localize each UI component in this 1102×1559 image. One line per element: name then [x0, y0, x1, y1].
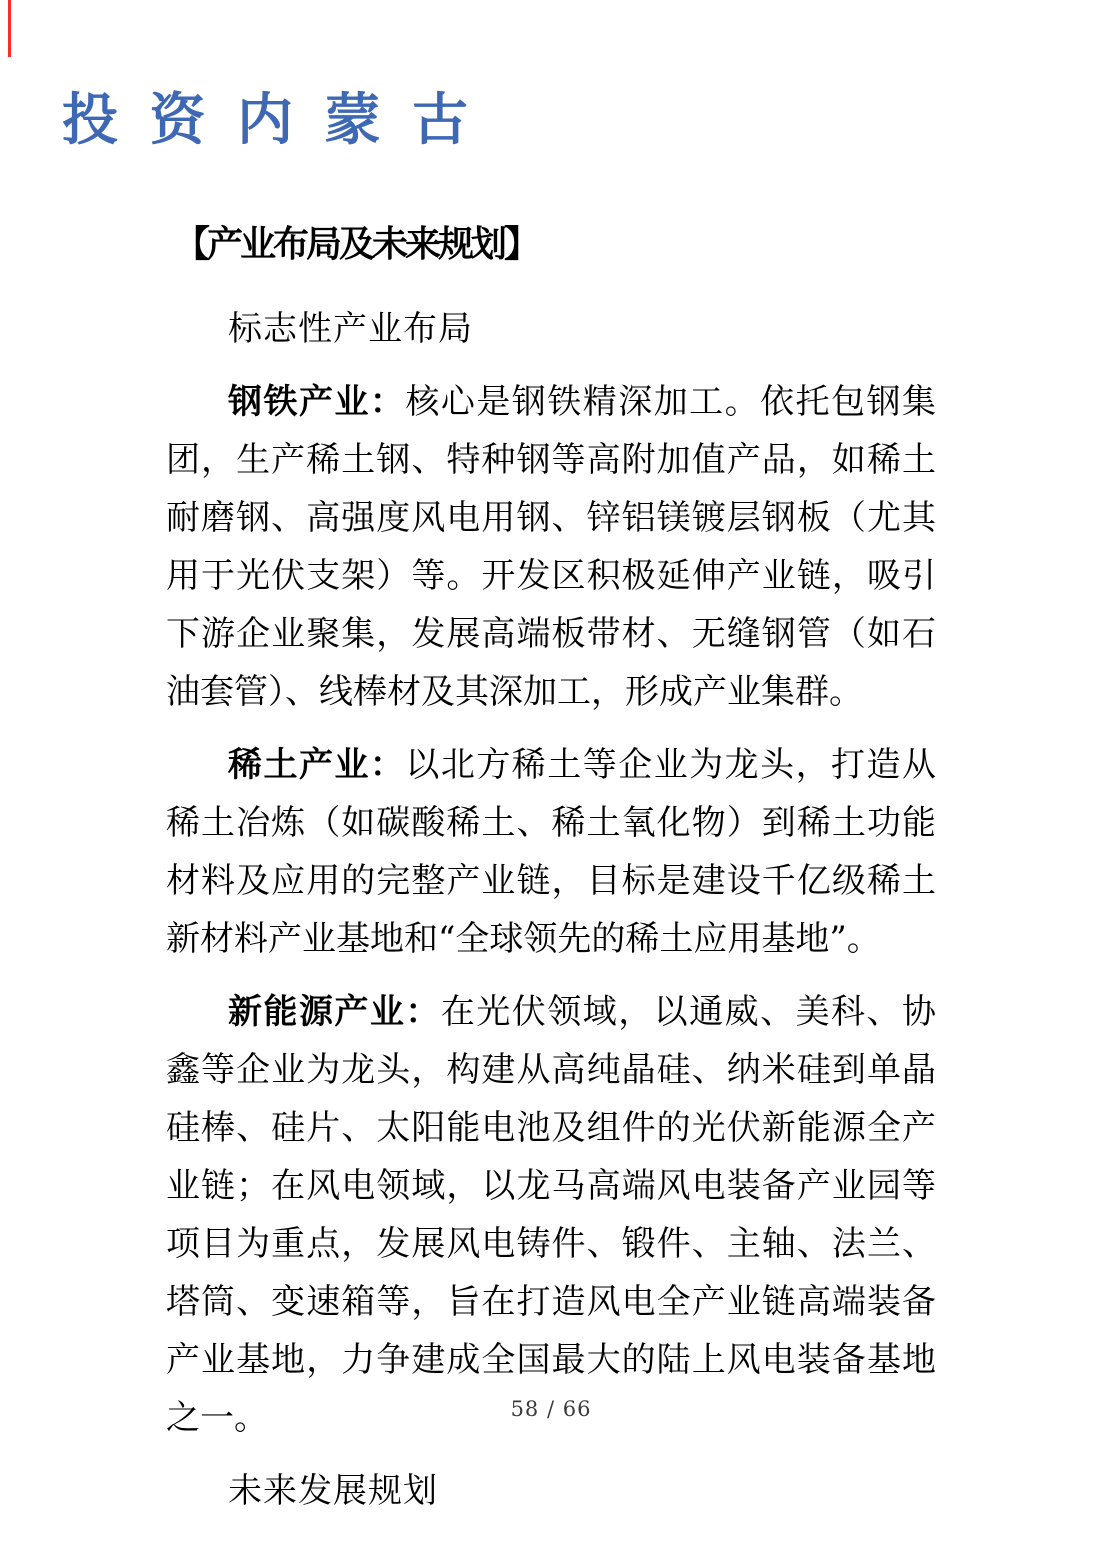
- paragraph-steel-industry: 钢铁产业：核心是钢铁精深加工。依托包钢集团，生产稀土钢、特种钢等高附加值产品，如…: [166, 373, 936, 721]
- subheading-future-plan: 未来发展规划: [166, 1462, 936, 1520]
- paragraph-rare-earth-industry: 稀土产业：以北方稀土等企业为龙头，打造从稀土冶炼（如碳酸稀土、稀土氧化物）到稀土…: [166, 736, 936, 968]
- red-annotation-line: [8, 0, 11, 57]
- body-column: 标志性产业布局 钢铁产业：核心是钢铁精深加工。依托包钢集团，生产稀土钢、特种钢等…: [166, 300, 936, 1535]
- paragraph-lead-steel: 钢铁产业：: [228, 382, 405, 422]
- paragraph-new-energy-industry: 新能源产业：在光伏领域，以通威、美科、协鑫等企业为龙头，构建从高纯晶硅、纳米硅到…: [166, 983, 936, 1447]
- paragraph-text-steel: 核心是钢铁精深加工。依托包钢集团，生产稀土钢、特种钢等高附加值产品，如稀土耐磨钢…: [166, 382, 936, 712]
- page-number: 58 / 66: [0, 1396, 1102, 1422]
- subheading-industry-layout: 标志性产业布局: [166, 300, 936, 358]
- document-page: 投 资 内 蒙 古 【产业布局及未来规划】 标志性产业布局 钢铁产业：核心是钢铁…: [0, 0, 1102, 1559]
- paragraph-lead-new-energy: 新能源产业：: [228, 992, 441, 1032]
- document-title: 投 资 内 蒙 古: [62, 86, 469, 154]
- paragraph-text-new-energy: 在光伏领域，以通威、美科、协鑫等企业为龙头，构建从高纯晶硅、纳米硅到单晶硅棒、硅…: [166, 992, 936, 1438]
- section-heading: 【产业布局及未来规划】: [174, 221, 537, 267]
- paragraph-lead-rare-earth: 稀土产业：: [228, 745, 405, 785]
